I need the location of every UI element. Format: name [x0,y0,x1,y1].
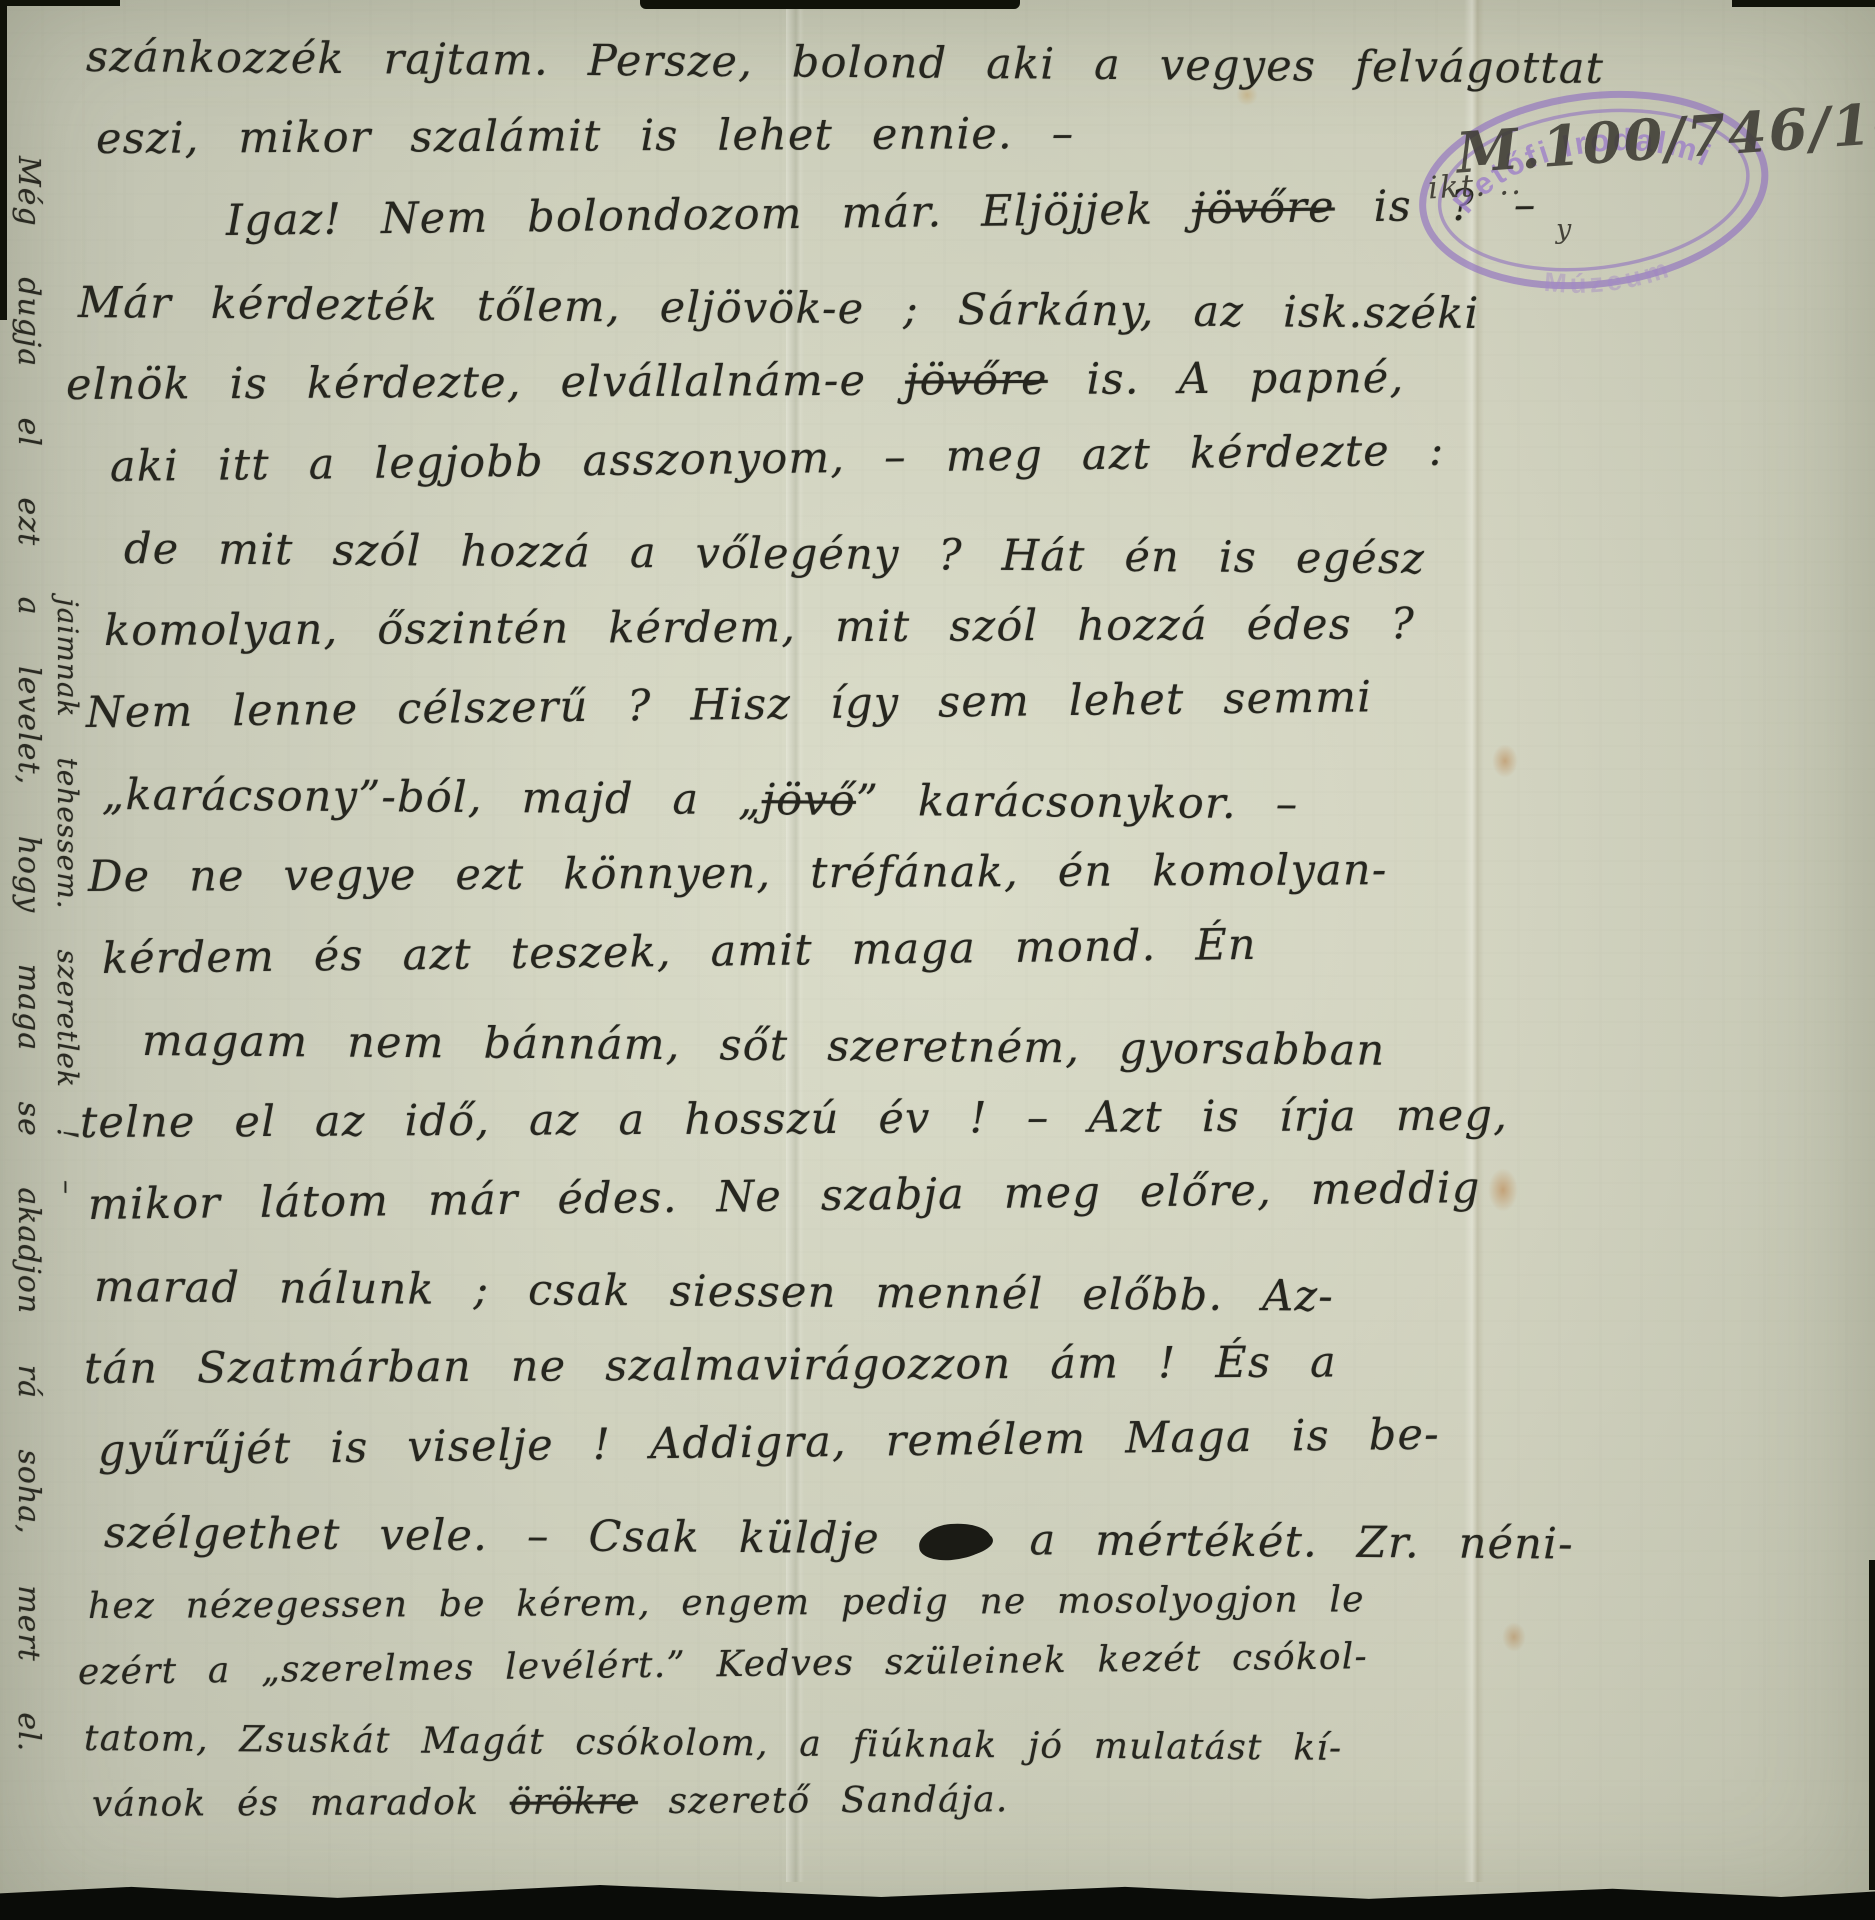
small-pencil-mark: y [1556,214,1571,245]
struck-word: jövőre [1192,182,1335,234]
margin-note-line-2: jaimnak tehessem. szeretlek ! – [51,598,84,1195]
margin-note-line-1: Még dugja el ezt a levelet, hogy maga se… [11,156,46,1752]
ikt-annotation: ikt. .. [1427,166,1523,207]
stamp-text-bottom: Múzeum [1539,251,1676,305]
ink-blot [917,1521,992,1563]
scanned-letter-page: szánkozzék rajtam. Persze, bolond aki a … [0,0,1875,1920]
signature-line: vánok és maradok örökre szerető Sandája. [92,1763,1857,1838]
struck-word: jövő [762,775,857,826]
struck-word: örökre [510,1781,638,1823]
struck-word: jövőre [905,355,1048,406]
svg-text:Múzeum: Múzeum [1539,251,1676,305]
